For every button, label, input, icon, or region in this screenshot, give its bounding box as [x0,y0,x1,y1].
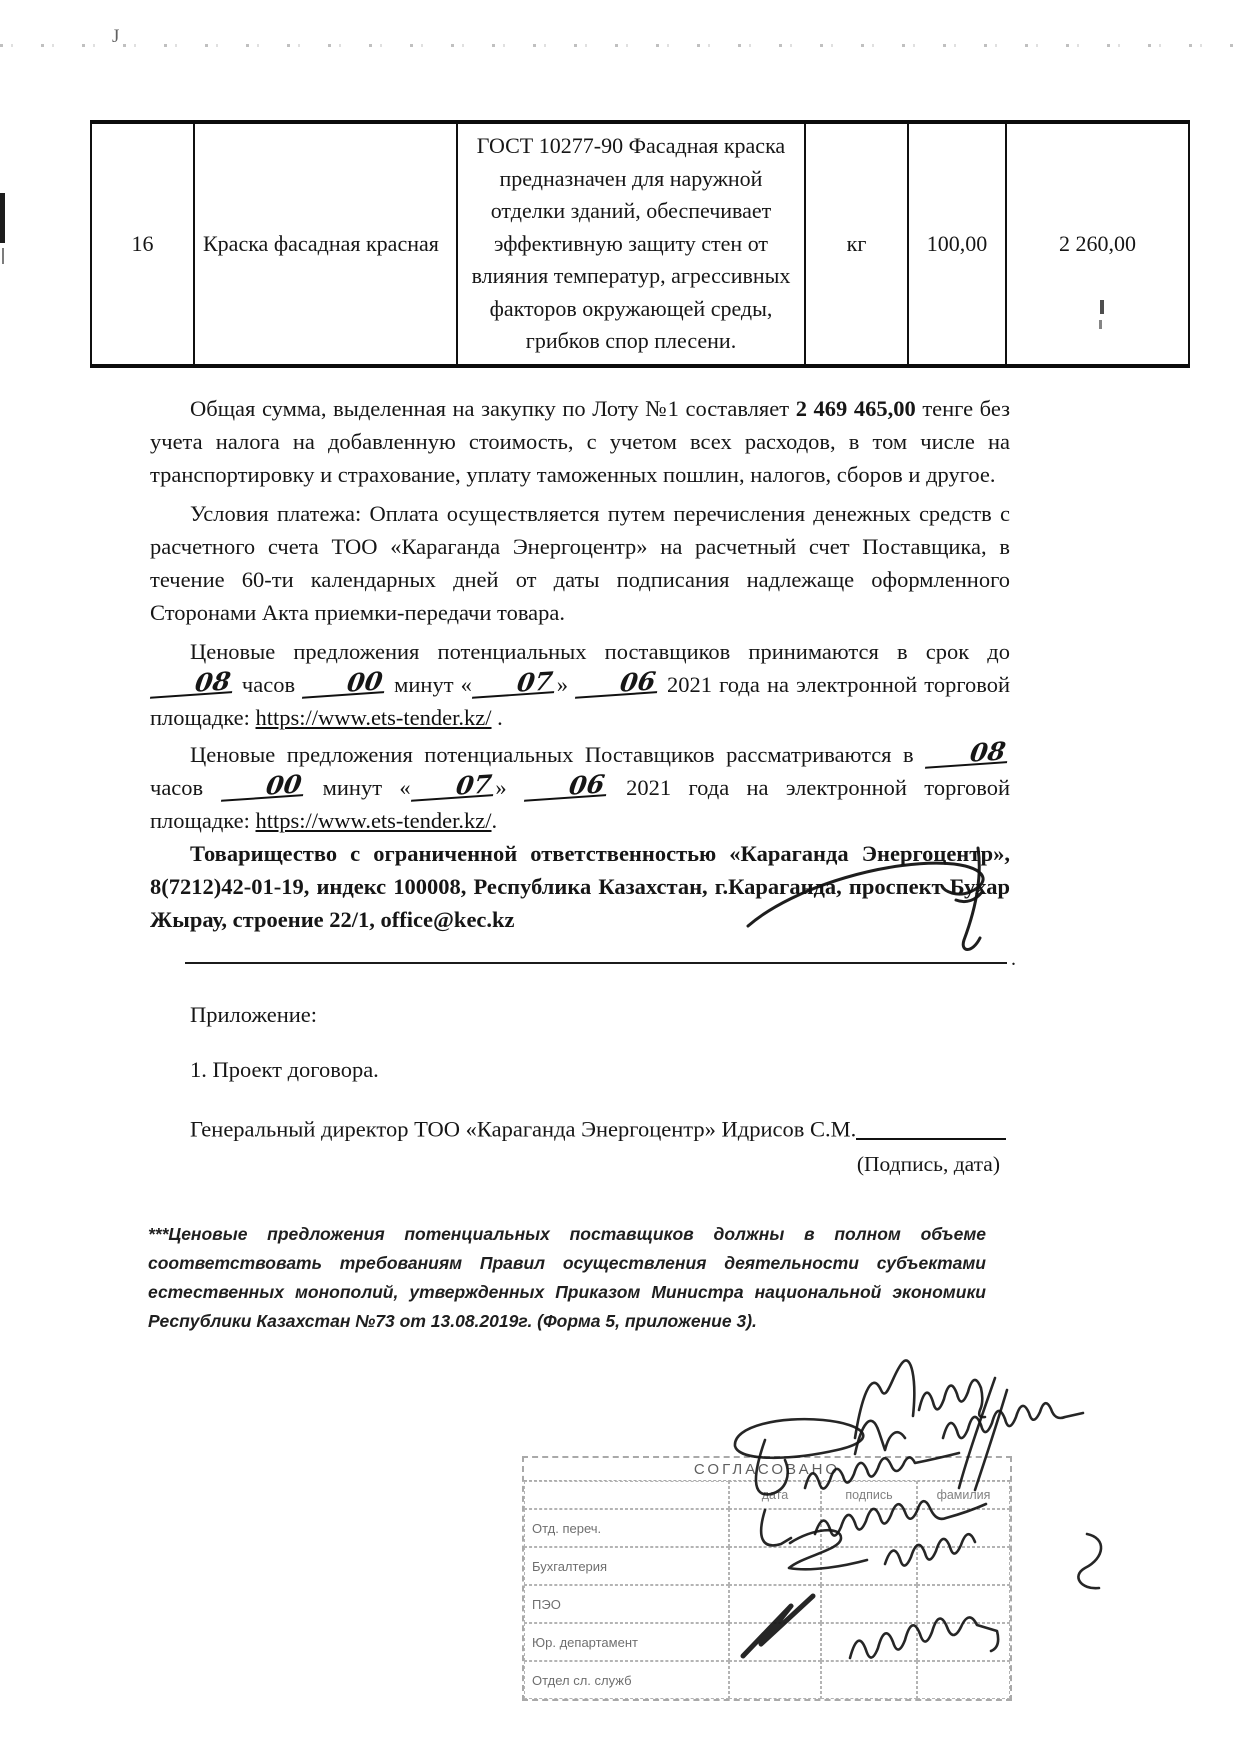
cell-item-name: Краска фасадная красная [194,122,457,366]
appendix-item: 1. Проект договора. [150,1053,1010,1086]
stamp-cell [729,1585,821,1623]
director-signature-line: Генеральный директор ТОО «Караганда Энер… [150,1112,1010,1146]
stamp-header-date: дата [729,1481,821,1509]
handwritten-accept-hours: 08 [150,671,235,699]
handwritten-accept-day: 07 [472,671,557,699]
company-contact-paragraph: Товарищество с ограниченной ответственно… [150,837,1010,936]
total-sum-text: Общая сумма, выделенная на закупку по Ло… [190,396,796,421]
stamp-cell [917,1547,1010,1585]
stamp-cell [917,1585,1010,1623]
approval-stamp: СОГЛАСОВАНО дата подпись фамилия Отд. пе… [522,1456,1012,1701]
handwritten-accept-month: 06 [575,671,660,699]
cell-item-description: ГОСТ 10277-90 Фасадная краска предназнач… [457,122,805,366]
cell-quantity: 100,00 [908,122,1006,366]
stamp-cell [821,1585,917,1623]
accept-seg: Ценовые предложения потенциальных постав… [190,639,1010,664]
accept-seg: часов [235,672,302,697]
stamp-cell [729,1623,821,1661]
stamp-header-surname: фамилия [917,1481,1010,1509]
stamp-grid: дата подпись фамилия Отд. переч. Бухгалт… [524,1481,1010,1699]
cell-row-number: 16 [91,122,194,366]
signature-blank-line [856,1115,1006,1140]
stamp-box: СОГЛАСОВАНО дата подпись фамилия Отд. пе… [522,1456,1012,1701]
ets-tender-link[interactable]: https://www.ets-tender.kz/ [256,705,492,730]
horizontal-rule [185,950,1007,964]
review-seg: минут « [305,775,410,800]
separator-rule: . [150,950,1010,964]
scan-noise-bar [0,193,5,243]
stamp-row-label: Юр. департамент [524,1623,729,1661]
stamp-cell [821,1661,917,1699]
scan-noise-bar-small [2,248,4,264]
stamp-cell [729,1509,821,1547]
stamp-header-empty [524,1481,729,1509]
accept-seg: » [557,672,575,697]
signature-caption: (Подпись, дата) [150,1148,1010,1181]
handwritten-review-minutes: 00 [220,774,305,802]
stamp-cell [821,1509,917,1547]
table-row: 16 Краска фасадная красная ГОСТ 10277-90… [91,122,1189,366]
review-seg: » [495,775,524,800]
review-time-paragraph: Ценовые предложения потенциальных Постав… [150,738,1010,837]
stamp-cell [729,1661,821,1699]
cell-price: 2 260,00 [1006,122,1189,366]
appendix-title: Приложение: [150,998,1010,1031]
handwritten-review-month: 06 [524,774,609,802]
handwritten-accept-minutes: 00 [302,671,387,699]
document-body: Общая сумма, выделенная на закупку по Ло… [150,392,1010,1181]
stamp-cell [821,1547,917,1585]
total-sum-paragraph: Общая сумма, выделенная на закупку по Ло… [150,392,1010,491]
stamp-row-label: Бухгалтерия [524,1547,729,1585]
stamp-cell [917,1661,1010,1699]
total-amount: 2 469 465,00 [796,396,916,421]
rule-trailing-dot: . [1007,954,1016,964]
lot-items-table: 16 Краска фасадная красная ГОСТ 10277-90… [90,120,1190,368]
accept-seg: . [492,705,503,730]
stamp-row-label: Отд. переч. [524,1509,729,1547]
stamp-header-signature: подпись [821,1481,917,1509]
accept-deadline-paragraph: Ценовые предложения потенциальных постав… [150,635,1010,734]
stamp-title: СОГЛАСОВАНО [524,1458,1010,1481]
review-seg: Ценовые предложения потенциальных Постав… [190,742,925,767]
review-seg: . [492,808,498,833]
scan-noise-mark: J [112,26,119,48]
review-seg: часов [150,775,221,800]
stamp-cell [821,1623,917,1661]
handwritten-review-day: 07 [411,774,496,802]
scan-noise-line [0,44,1240,47]
director-signature-label: Генеральный директор ТОО «Караганда Энер… [190,1117,856,1142]
stamp-cell [729,1547,821,1585]
footnote: ***Ценовые предложения потенциальных пос… [148,1220,986,1336]
stamp-cell [917,1623,1010,1661]
ets-tender-link-2[interactable]: https://www.ets-tender.kz/ [256,808,492,833]
handwritten-review-hours: 08 [925,741,1010,769]
payment-terms-paragraph: Условия платежа: Оплата осуществляется п… [150,497,1010,629]
document-page: J 16 Краска фасадная красная ГОСТ 10277-… [0,0,1240,1754]
stamp-cell [917,1509,1010,1547]
stamp-row-label: Отдел сл. служб [524,1661,729,1699]
stamp-row-label: ПЭО [524,1585,729,1623]
accept-seg: минут « [387,672,472,697]
cell-unit: кг [805,122,908,366]
